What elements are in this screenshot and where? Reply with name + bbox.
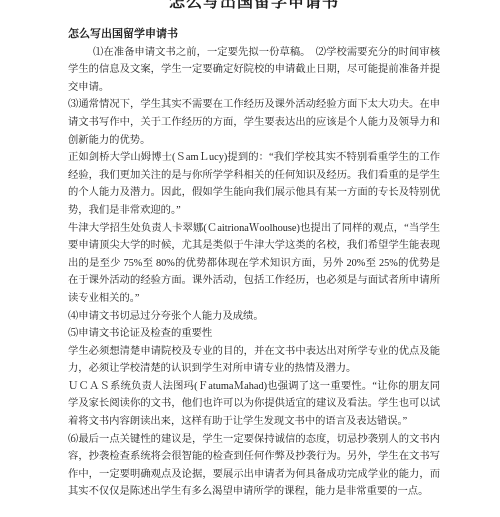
paragraph-oxford-quote: 牛津大学招生处负责人卡翠娜(ＣaitrionaＷoolhouse)也提出了同样的…: [68, 220, 440, 308]
document-body: 怎么写出国留学申请书 怎么写出国留学申请书 ⑴在准备申请文书之前，一定要先拟一份…: [0, 0, 500, 501]
document-page: { "doc": { "title": "怎么写出国留学申请书", "headi…: [0, 0, 500, 517]
document-heading: 怎么写出国留学申请书: [68, 26, 440, 44]
paragraph-work-experience-advice: ⑶通常情况下，学生其实不需要在工作经历及课外活动经验方面下太大功夫。在申请文书写…: [68, 96, 440, 149]
paragraph-draft-and-deadline: ⑴在准备申请文书之前，一定要先拟一份草稿。 ⑵学校需要充分的时间审核学生的信息及…: [68, 44, 440, 97]
paragraph-integrity-advice: ⑹最后一点关键性的建议是，学生一定要保持诚信的态度，切忌抄袭别人的文书内容，抄袭…: [68, 431, 440, 501]
paragraph-ucas-quote: ＵＣＡＳ系统负责人法图玛(ＦatumaＭahad)也强调了这一重要性。“让你的朋…: [68, 378, 440, 431]
paragraph-cambridge-quote: 正如剑桥大学山姆博士(ＳamＬucy)提到的：“我们学校其实不特别看重学生的工作…: [68, 149, 440, 219]
document-title: 怎么写出国留学申请书: [68, 0, 440, 13]
paragraph-proofread-importance-heading: ⑸申请文书论证及检查的重要性: [68, 325, 440, 343]
paragraph-no-exaggeration: ⑷申请文书切忌过分夸张个人能力及成绩。: [68, 308, 440, 326]
paragraph-purpose-and-passion: 学生必须想清楚申请院校及专业的目的，并在文书中表达出对所学专业的优点及能力，必须…: [68, 343, 440, 378]
